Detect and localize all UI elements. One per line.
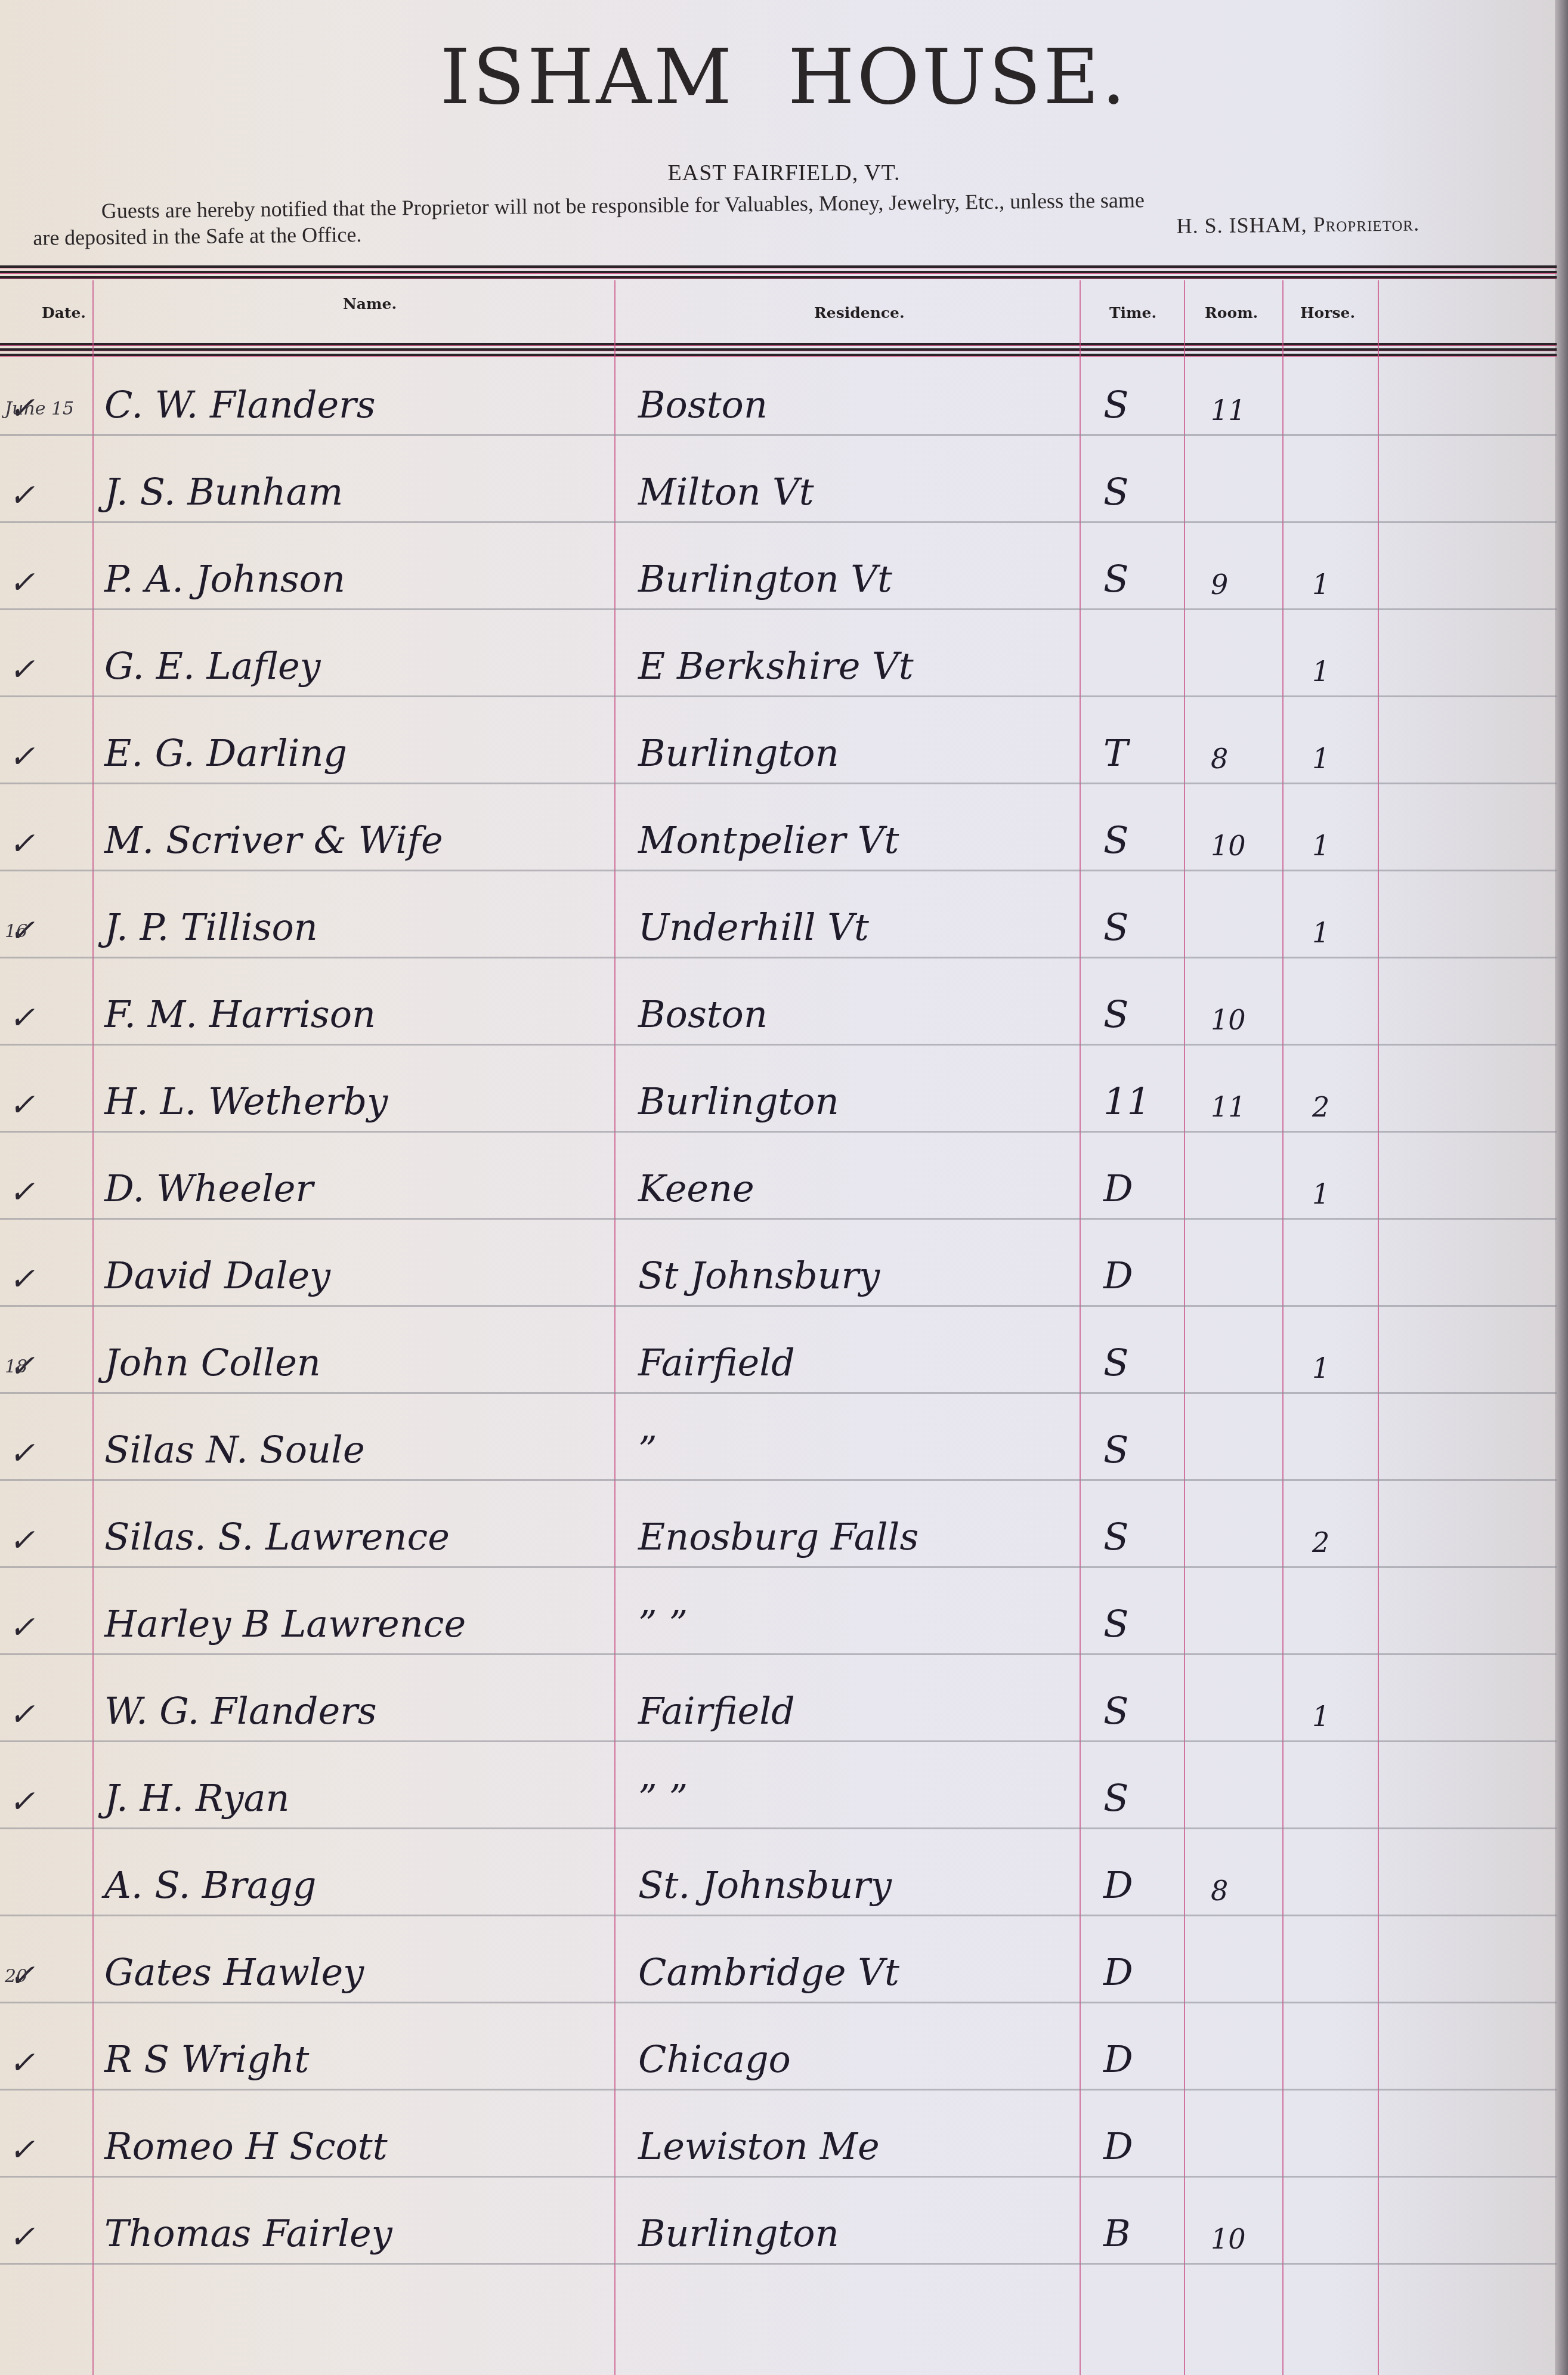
title-word-1: ISHAM [440, 33, 734, 122]
check-mark: ✓ [9, 2045, 35, 2081]
guest-name: P. A. Johnson [104, 557, 345, 601]
register-row: ✓Harley B Lawrence” ”S [0, 1571, 1557, 1656]
notice-line-2: are deposited in the Safe at the Office. [33, 221, 362, 251]
register-row: ✓18John CollenFairfieldS1 [0, 1310, 1557, 1395]
guest-residence: Boston [638, 383, 768, 426]
horse-count: 2 [1312, 1091, 1329, 1123]
horse-count: 1 [1312, 568, 1329, 601]
register-row: ✓W. G. FlandersFairfieldS1 [0, 1658, 1557, 1743]
guest-name: H. L. Wetherby [104, 1080, 388, 1123]
guest-name: John Collen [104, 1341, 321, 1384]
guest-name: E. G. Darling [104, 731, 347, 775]
guest-residence: Fairfield [638, 1689, 795, 1733]
check-mark: ✓ [9, 1174, 35, 1210]
col-name: Name. [343, 295, 397, 313]
guest-residence: Burlington [638, 1080, 839, 1123]
check-mark: ✓ [9, 1610, 35, 1646]
guest-name: Silas N. Soule [104, 1428, 365, 1471]
arrival-time: D [1103, 2037, 1133, 2081]
register-row: ✓R S WrightChicagoD [0, 2006, 1557, 2092]
guest-name: J. S. Bunham [104, 470, 343, 514]
check-mark: ✓ [9, 1523, 35, 1558]
arrival-time: 11 [1103, 1080, 1151, 1123]
check-mark: ✓ [9, 2219, 35, 2255]
register-row: ✓J. H. Ryan” ”S [0, 1745, 1557, 1830]
page-edge [1555, 0, 1568, 2375]
guest-residence: St Johnsbury [638, 1254, 880, 1297]
check-mark: ✓ [9, 826, 35, 862]
check-mark: ✓ [9, 1784, 35, 1820]
arrival-time: D [1103, 1863, 1133, 1907]
ruled-line [0, 2002, 1557, 2003]
arrival-time: T [1103, 731, 1128, 775]
horse-count: 2 [1312, 1526, 1329, 1558]
guest-name: J. H. Ryan [104, 1776, 289, 1820]
horse-count: 1 [1312, 743, 1329, 775]
check-mark: ✓ [9, 478, 35, 514]
guest-residence: Burlington [638, 2212, 839, 2255]
register-row: ✓P. A. JohnsonBurlington VtS91 [0, 526, 1557, 611]
ruled-line [0, 1740, 1557, 1742]
hotel-location: EAST FAIRFIELD, VT. [0, 160, 1568, 186]
register-row: ✓20Gates HawleyCambridge VtD [0, 1919, 1557, 2005]
check-mark: ✓ [9, 1697, 35, 1733]
check-mark: ✓ [9, 1436, 35, 1471]
register-row: ✓E. G. DarlingBurlingtonT81 [0, 700, 1557, 786]
register-row: ✓H. L. WetherbyBurlington11112 [0, 1049, 1557, 1134]
guest-residence: Burlington Vt [638, 557, 892, 601]
room-number: 8 [1211, 1875, 1228, 1907]
horse-count: 1 [1312, 1178, 1329, 1210]
room-number: 11 [1211, 394, 1246, 426]
horse-count: 1 [1312, 917, 1329, 949]
ruled-line [0, 1653, 1557, 1655]
horse-count: 1 [1312, 1700, 1329, 1733]
guest-name: C. W. Flanders [104, 383, 376, 426]
check-mark: ✓ [9, 1000, 35, 1036]
guest-name: G. E. Lafley [104, 644, 321, 688]
register-row: ✓Romeo H ScottLewiston MeD [0, 2093, 1557, 2179]
ruled-line [0, 608, 1557, 610]
guest-residence: St. Johnsbury [638, 1863, 892, 1907]
check-mark: ✓ [9, 1087, 35, 1123]
ruled-line [0, 1305, 1557, 1307]
register-row: ✓June 15C. W. FlandersBostonS11 [0, 352, 1557, 437]
ruled-line [0, 695, 1557, 697]
register-row: ✓J. S. BunhamMilton VtS [0, 439, 1557, 524]
room-number: 11 [1211, 1091, 1246, 1123]
guest-residence: E Berkshire Vt [638, 644, 914, 688]
arrival-time: D [1103, 1254, 1133, 1297]
guest-name: Romeo H Scott [104, 2124, 388, 2168]
guest-residence: ” [638, 1428, 657, 1471]
hotel-title: ISHAMHOUSE. [0, 33, 1568, 122]
guest-residence: ” ” [638, 1602, 688, 1646]
guest-residence: Milton Vt [638, 470, 814, 514]
guest-residence: Boston [638, 992, 768, 1036]
check-mark: ✓ [9, 2132, 35, 2168]
ruled-line [0, 1479, 1557, 1481]
guest-name: D. Wheeler [104, 1167, 313, 1210]
ruled-line [0, 1044, 1557, 1046]
guest-residence: Underhill Vt [638, 905, 869, 949]
register-row: ✓D. WheelerKeeneD1 [0, 1136, 1557, 1221]
register-row: ✓M. Scriver & WifeMontpelier VtS101 [0, 787, 1557, 873]
ruled-line [0, 2263, 1557, 2265]
arrival-time: S [1103, 992, 1128, 1036]
register-row: ✓Thomas FairleyBurlingtonB10 [0, 2181, 1557, 2266]
col-horse: Horse. [1300, 304, 1355, 321]
arrival-time: S [1103, 1428, 1128, 1471]
ruled-line [0, 434, 1557, 436]
guest-name: A. S. Bragg [104, 1863, 316, 1907]
guest-residence: Cambridge Vt [638, 1950, 899, 1994]
ruled-line [0, 1218, 1557, 1220]
room-number: 9 [1211, 568, 1228, 601]
arrival-time: S [1103, 1341, 1128, 1384]
ruled-line [0, 1915, 1557, 1916]
ruled-line [0, 1392, 1557, 1394]
ruled-line [0, 957, 1557, 958]
guest-name: J. P. Tillison [104, 905, 318, 949]
check-mark: ✓ [9, 652, 35, 688]
ruled-line [0, 2089, 1557, 2091]
guest-name: David Daley [104, 1254, 330, 1297]
entry-date: 20 [5, 1966, 27, 1987]
proprietor-signature: H. S. ISHAM, Proprietor. [1176, 210, 1419, 239]
register-row: ✓G. E. LafleyE Berkshire Vt1 [0, 613, 1557, 698]
guest-name: F. M. Harrison [104, 992, 376, 1036]
arrival-time: S [1103, 470, 1128, 514]
notice: Guests are hereby notified that the Prop… [36, 183, 1486, 251]
guest-residence: Montpelier Vt [638, 818, 899, 862]
guest-residence: Fairfield [638, 1341, 795, 1384]
arrival-time: S [1103, 905, 1128, 949]
guest-name: M. Scriver & Wife [104, 818, 443, 862]
guest-residence: ” ” [638, 1776, 688, 1820]
guest-name: Thomas Fairley [104, 2212, 392, 2255]
horse-count: 1 [1312, 1352, 1329, 1384]
arrival-time: S [1103, 383, 1128, 426]
guest-residence: Enosburg Falls [638, 1515, 918, 1558]
arrival-time: S [1103, 1515, 1128, 1558]
header-top-rule [0, 265, 1557, 282]
guest-name: Silas. S. Lawrence [104, 1515, 450, 1558]
arrival-time: B [1103, 2212, 1131, 2255]
col-time: Time. [1109, 304, 1156, 321]
arrival-time: S [1103, 818, 1128, 862]
arrival-time: S [1103, 557, 1128, 601]
guest-name: Gates Hawley [104, 1950, 364, 1994]
room-number: 10 [1211, 830, 1246, 862]
horse-count: 1 [1312, 830, 1329, 862]
entry-date: June 15 [5, 398, 74, 419]
ruled-line [0, 1131, 1557, 1133]
ruled-line [0, 1566, 1557, 1568]
register-row: A. S. BraggSt. JohnsburyD8 [0, 1832, 1557, 1918]
arrival-time: D [1103, 1167, 1133, 1210]
ruled-line [0, 1827, 1557, 1829]
column-headers: Date. Name. Residence. Time. Room. Horse… [0, 280, 1557, 349]
register-row: ✓F. M. HarrisonBostonS10 [0, 961, 1557, 1047]
arrival-time: S [1103, 1689, 1128, 1733]
room-number: 10 [1211, 1004, 1246, 1036]
register-row: ✓Silas. S. LawrenceEnosburg FallsS2 [0, 1484, 1557, 1569]
register-row: ✓16J. P. TillisonUnderhill VtS1 [0, 874, 1557, 960]
title-word-2: HOUSE. [788, 33, 1128, 122]
ruled-line [0, 783, 1557, 784]
guest-residence: Chicago [638, 2037, 791, 2081]
register-row: ✓David DaleySt JohnsburyD [0, 1223, 1557, 1308]
room-number: 8 [1211, 743, 1228, 775]
guest-name: W. G. Flanders [104, 1689, 377, 1733]
ruled-line [0, 521, 1557, 523]
register-row: ✓Silas N. Soule”S [0, 1397, 1557, 1482]
room-number: 10 [1211, 2223, 1246, 2255]
check-mark: ✓ [9, 565, 35, 601]
horse-count: 1 [1312, 655, 1329, 688]
col-room: Room. [1205, 304, 1258, 321]
entry-date: 16 [5, 921, 27, 942]
ruled-line [0, 870, 1557, 871]
guest-residence: Lewiston Me [638, 2124, 880, 2168]
check-mark: ✓ [9, 1261, 35, 1297]
ruled-line [0, 2176, 1557, 2178]
guest-name: Harley B Lawrence [104, 1602, 466, 1646]
arrival-time: D [1103, 2124, 1133, 2168]
check-mark: ✓ [9, 739, 35, 775]
guest-residence: Burlington [638, 731, 839, 775]
entry-date: 18 [5, 1356, 27, 1377]
guest-name: R S Wright [104, 2037, 310, 2081]
guest-residence: Keene [638, 1167, 754, 1210]
col-residence: Residence. [814, 304, 905, 321]
col-date: Date. [42, 304, 86, 321]
arrival-time: S [1103, 1602, 1128, 1646]
arrival-time: D [1103, 1950, 1133, 1994]
arrival-time: S [1103, 1776, 1128, 1820]
